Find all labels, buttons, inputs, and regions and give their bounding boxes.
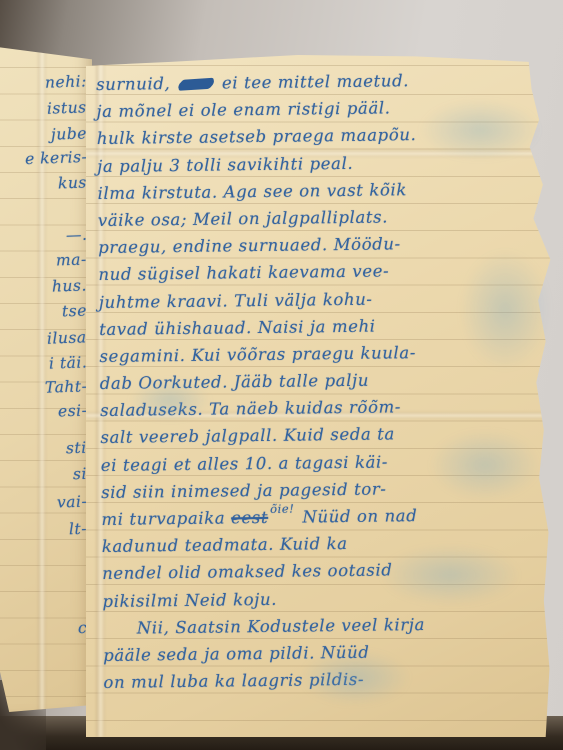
handwriting-segment: on mul luba ka laagris pildis-: [103, 670, 364, 692]
handwriting-segment: ja palju 3 tolli savikihti peal.: [97, 153, 353, 175]
handwriting-segment: pikisilmi Neid koju.: [102, 589, 277, 610]
handwriting-segment: juhtme kraavi. Tuli välja kohu-: [99, 289, 373, 311]
handwriting-segment: Nüüd on nad: [296, 506, 417, 526]
handwriting-line: on mul luba ka laagris pildis-: [103, 663, 563, 696]
handwriting-segment: praegu, endine surnuaed. Möödu-: [98, 234, 401, 257]
handwriting-segment: ja mõnel ei ole enam ristigi pääl.: [96, 99, 390, 122]
inserted-word-above-line: õie!: [270, 502, 295, 516]
handwriting-segment: saladuseks. Ta näeb kuidas rõõm-: [100, 398, 401, 421]
crossed-out-word: eest: [231, 508, 268, 527]
left-page-line-fragment: tse: [62, 302, 87, 321]
handwriting-segment: nendel olid omaksed kes ootasid: [102, 561, 393, 584]
handwriting-segment: salt veereb jalgpall. Kuid seda ta: [100, 425, 395, 448]
left-page-line-fragment: ilusa: [47, 328, 87, 347]
handwriting-segment: sid siin inimesed ja pagesid tor-: [101, 479, 387, 501]
handwriting-segment: mi turvapaika: [101, 508, 231, 529]
left-page-line-fragment: sti: [66, 439, 87, 458]
letter-photograph: nehi:istusjubee keris-kus—.ma-hus.tseilu…: [0, 0, 563, 750]
left-page-line-fragment: Taht-: [44, 377, 87, 396]
handwriting-segment: tavad ühishauad. Naisi ja mehi: [99, 316, 376, 338]
handwriting-segment: surnuid,: [96, 74, 176, 94]
left-page-line-fragment: e keris-: [24, 148, 87, 168]
handwriting-segment: Nii, Saatsin Kodustele veel kirja: [137, 615, 425, 638]
handwriting-segment: pääle seda ja oma pildi. Nüüd: [103, 643, 370, 665]
left-page-line-fragment: lt-: [69, 520, 88, 539]
left-page-line-fragment: nehi:: [45, 72, 87, 91]
fold-crease-left-page: [38, 42, 46, 712]
handwriting-segment: nud sügisel hakati kaevama vee-: [98, 262, 389, 285]
left-page-line-fragment: i täi.: [48, 353, 87, 372]
left-page-line-fragment: esi-: [57, 401, 87, 420]
handwriting-segment: hulk kirste asetseb praega maapõu.: [97, 125, 417, 148]
left-page-line-fragment: vai-: [56, 492, 87, 511]
letter-main-page: surnuid, ei tee mittel maetud.ja mõnel e…: [86, 55, 557, 737]
handwriting-segment: kadunud teadmata. Kuid ka: [102, 534, 348, 556]
left-page-line-fragment: hus.: [52, 276, 87, 295]
handwriting-segment: ei teagi et alles 10. a tagasi käi-: [101, 452, 388, 475]
handwriting-segment: ilma kirstuta. Aga see on vast kõik: [97, 180, 407, 203]
handwriting-segment: ei tee mittel maetud.: [216, 71, 409, 92]
left-page-line-fragment: —.: [65, 226, 87, 245]
handwriting-segment: dab Oorkuted. Jääb talle palju: [100, 371, 369, 393]
scribbled-out-word: [177, 79, 215, 90]
left-page-line-fragment: si: [73, 465, 88, 483]
left-page-line-fragment: jube: [51, 124, 87, 143]
handwriting-text: surnuid, ei tee mittel maetud.ja mõnel e…: [96, 65, 563, 696]
handwriting-segment: väike osa; Meil on jalgpalliplats.: [98, 207, 388, 230]
left-page-line-fragment: istus: [47, 98, 87, 117]
handwriting-segment: segamini. Kui võõras praegu kuula-: [99, 343, 416, 366]
left-page-line-fragment: ma-: [56, 250, 87, 269]
left-page-line-fragment: c: [78, 619, 88, 637]
left-page-line-fragment: kus: [58, 174, 87, 193]
left-page: nehi:istusjubee keris-kus—.ma-hus.tseilu…: [0, 42, 92, 712]
